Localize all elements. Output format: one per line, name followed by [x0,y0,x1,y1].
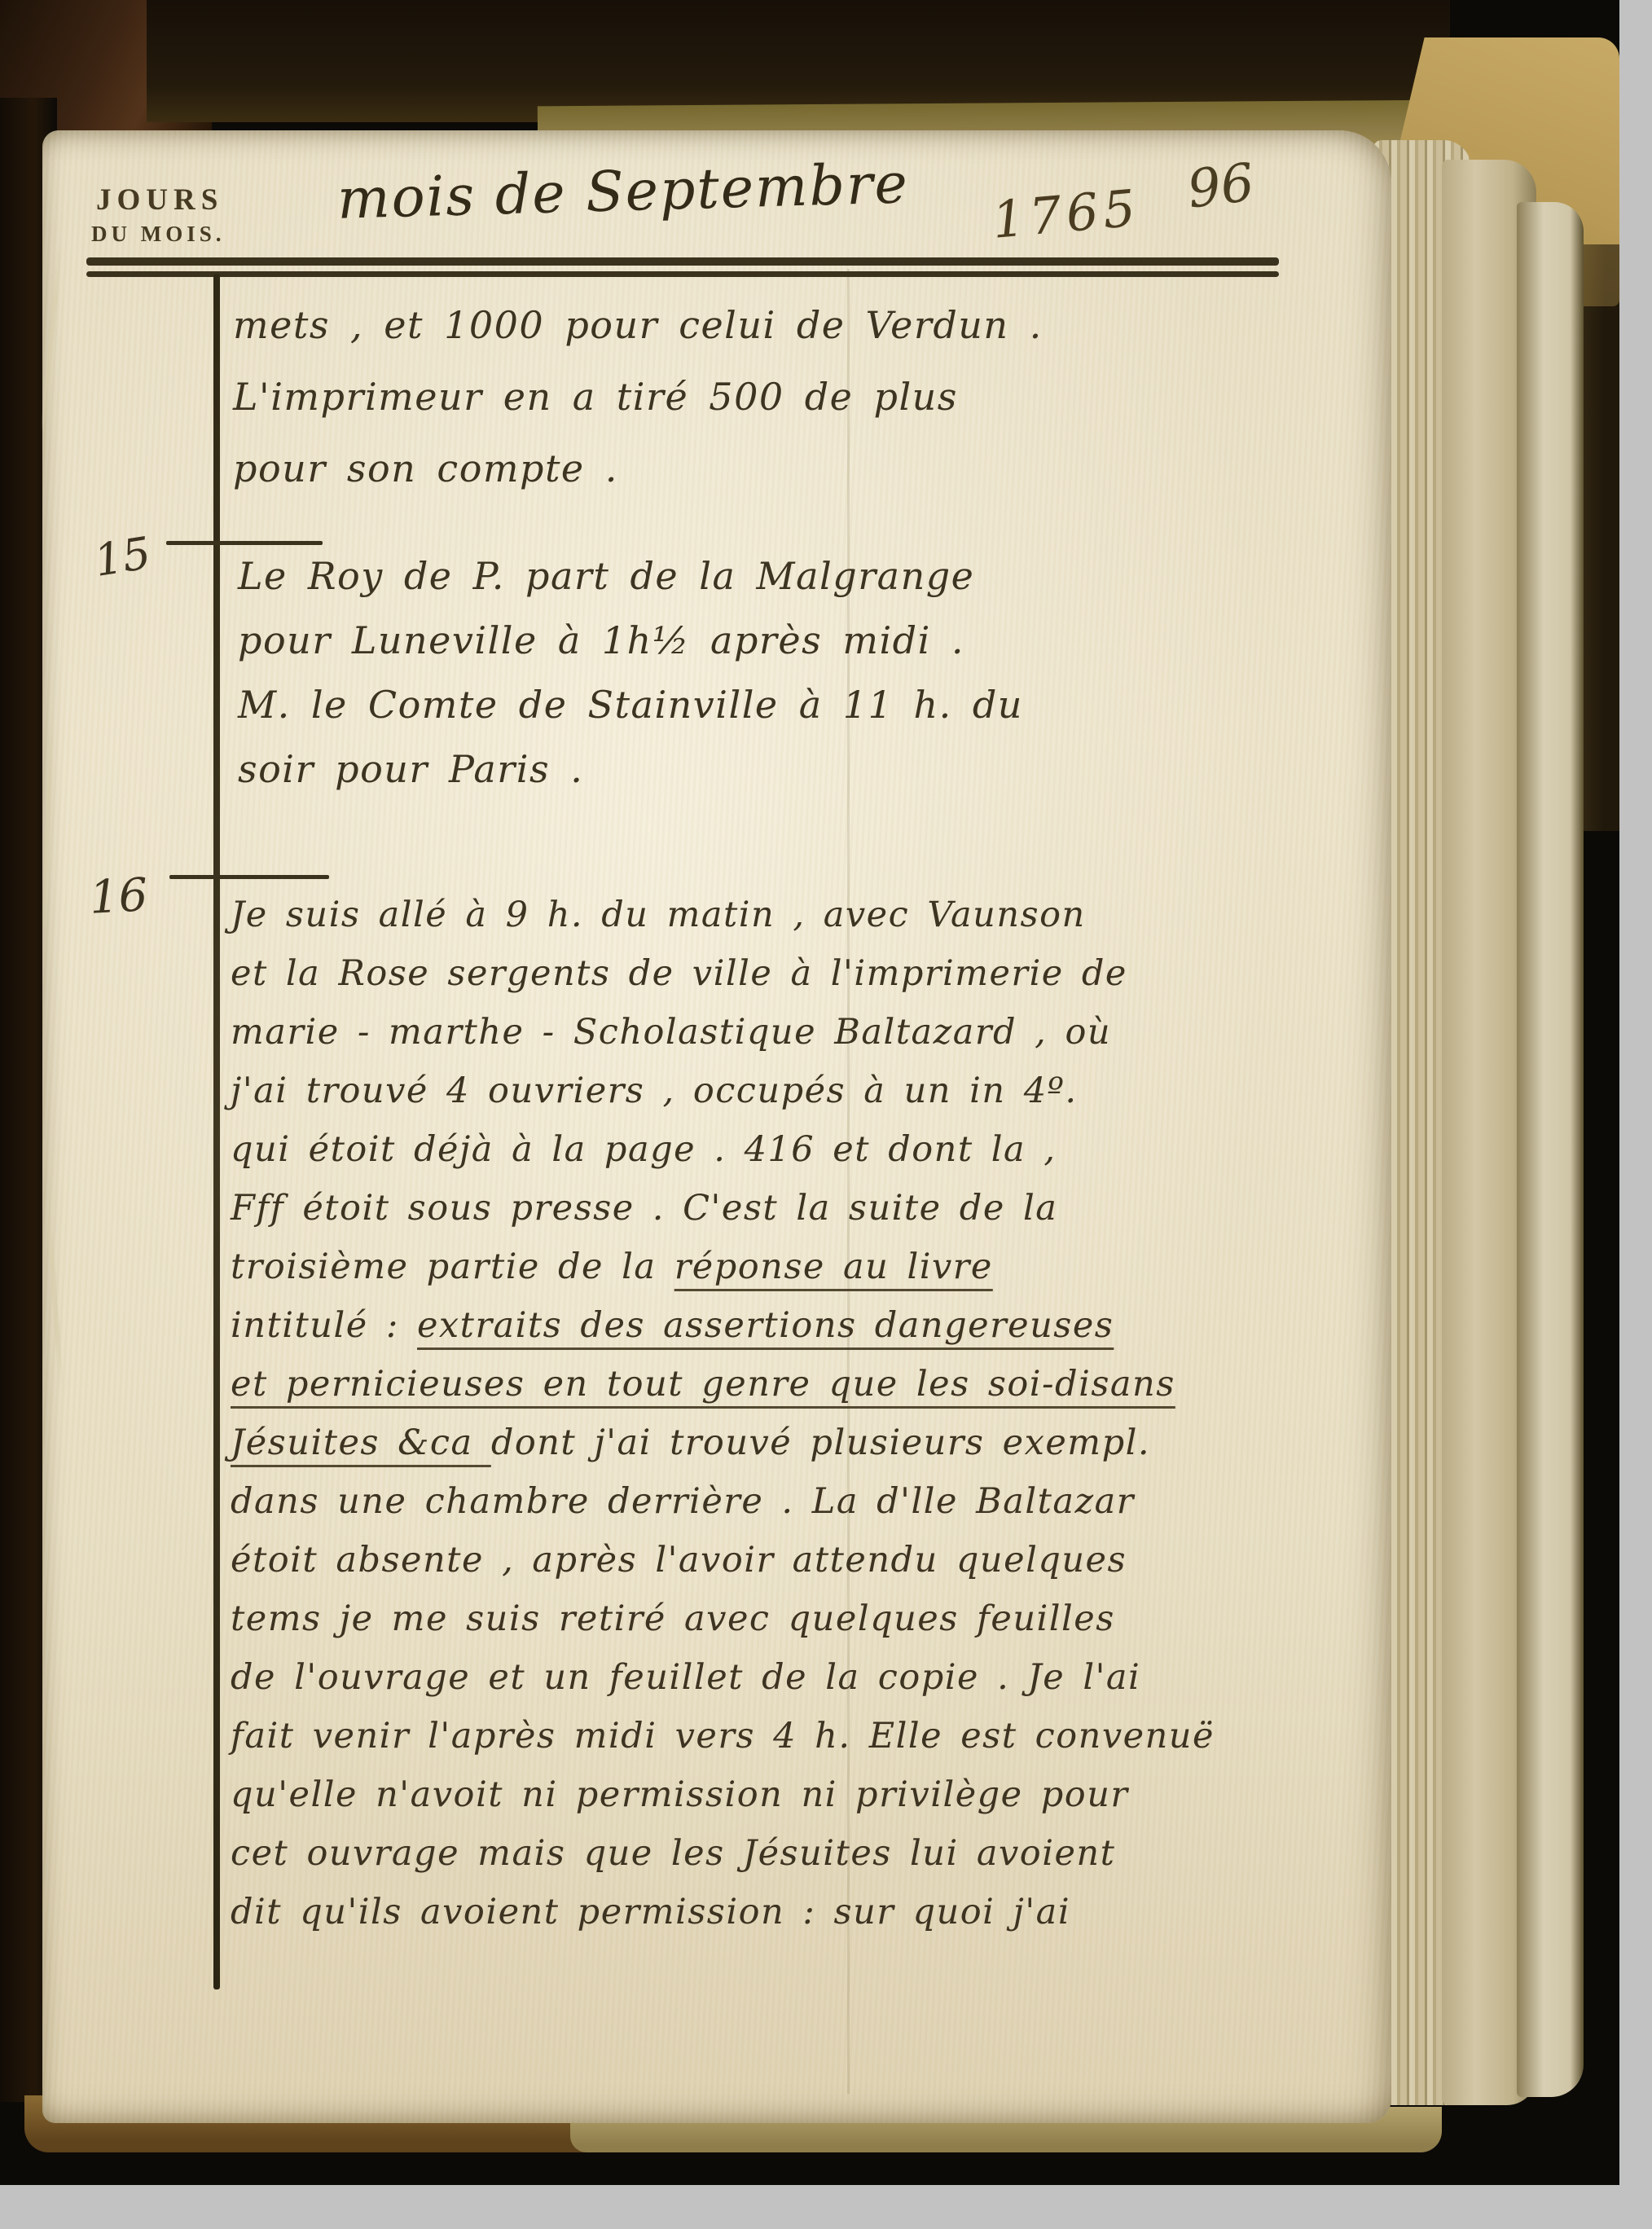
manuscript-line: j'ai trouvé 4 ouvriers , occupés à un in… [231,1071,1215,1129]
underlined-text: et pernicieuses en tout genre que les so… [231,1364,1175,1405]
handwritten-text: et la Rose sergents de ville à l'imprime… [231,953,1127,994]
manuscript-line: Le Roy de P. part de la Malgrange [238,554,1023,618]
page-edge-stack [1517,202,1584,2097]
manuscript-line: tems je me suis retiré avec quelques feu… [231,1598,1215,1657]
manuscript-line: pour son compte . [233,446,1043,518]
manuscript-line: Fff étoit sous presse . C'est la suite d… [231,1188,1215,1246]
handwritten-text: soir pour Paris . [238,747,583,791]
handwritten-text: pour Luneville à 1h½ après midi . [238,618,964,662]
header-rule-bottom [86,271,1279,277]
manuscript-line: dit qu'ils avoient permission : sur quoi… [231,1892,1215,1950]
handwritten-text: étoit absente , après l'avoir attendu qu… [231,1540,1127,1581]
manuscript-line: qu'elle n'avoit ni permission ni privilè… [231,1774,1215,1833]
manuscript-line: qui étoit déjà à la page . 416 et dont l… [231,1129,1215,1188]
day-number-16: 16 [88,868,149,925]
entry-day-16: Je suis allé à 9 h. du matin , avec Vaun… [231,895,1215,1950]
manuscript-line: de l'ouvrage et un feuillet de la copie … [231,1657,1215,1716]
scanner-mat-right [1619,0,1652,2229]
page-number: 96 [1184,152,1258,220]
handwritten-text: mets , et 1000 pour celui de Verdun . [233,303,1043,347]
header-rule-top [86,257,1279,266]
handwritten-text: tems je me suis retiré avec quelques feu… [231,1598,1115,1639]
handwritten-text: dit qu'ils avoient permission : sur quoi… [231,1892,1070,1932]
manuscript-line: marie - marthe - Scholastique Baltazard … [231,1012,1215,1071]
underlined-text: réponse au livre [674,1246,993,1287]
manuscript-line: et la Rose sergents de ville à l'imprime… [231,953,1215,1012]
handwritten-text: pour son compte . [233,446,618,490]
handwritten-text: Le Roy de P. part de la Malgrange [238,554,974,598]
day-column-header-line2: DU MOIS. [91,222,226,247]
manuscript-line: cet ouvrage mais que les Jésuites lui av… [231,1833,1215,1892]
manuscript-line: soir pour Paris . [238,747,1023,811]
scanner-mat-bottom [0,2185,1652,2229]
handwritten-text: qui étoit déjà à la page . 416 et dont l… [231,1129,1057,1170]
manuscript-line: M. le Comte de Stainville à 11 h. du [238,683,1023,747]
entry-separator-tick [169,875,329,879]
manuscript-line: troisième partie de la réponse au livre [231,1246,1215,1305]
manuscript-line: dans une chambre derrière . La d'lle Bal… [231,1481,1215,1540]
manuscript-line: Jésuites &ca dont j'ai trouvé plusieurs … [231,1422,1215,1481]
handwritten-text: qu'elle n'avoit ni permission ni privilè… [231,1774,1128,1815]
manuscript-line: intitulé : extraits des assertions dange… [231,1305,1215,1364]
day-column-header-line1: JOURS [96,182,223,218]
handwritten-text: troisième partie de la [231,1246,674,1287]
manuscript-line: et pernicieuses en tout genre que les so… [231,1364,1215,1422]
handwritten-text: cet ouvrage mais que les Jésuites lui av… [231,1833,1115,1874]
manuscript-line: Je suis allé à 9 h. du matin , avec Vaun… [231,895,1215,953]
day-number-15: 15 [90,527,154,587]
manuscript-line: mets , et 1000 pour celui de Verdun . [233,303,1043,375]
entry-separator-tick [166,541,323,545]
manuscript-journal-scan: JOURS DU MOIS. mois de Septembre 1765 96… [0,0,1652,2229]
manuscript-line: pour Luneville à 1h½ après midi . [238,618,1023,683]
handwritten-text: de l'ouvrage et un feuillet de la copie … [231,1657,1140,1698]
handwritten-text: M. le Comte de Stainville à 11 h. du [238,683,1023,727]
underlined-text: Jésuites &ca [231,1422,491,1463]
entry-continuation: mets , et 1000 pour celui de Verdun .L'i… [233,303,1043,518]
manuscript-line: fait venir l'après midi vers 4 h. Elle e… [231,1716,1215,1774]
manuscript-line: L'imprimeur en a tiré 500 de plus [233,375,1043,446]
handwritten-text: Fff étoit sous presse . C'est la suite d… [231,1188,1057,1229]
handwritten-text: dont j'ai trouvé plusieurs exempl. [491,1422,1150,1463]
handwritten-text: marie - marthe - Scholastique Baltazard … [231,1012,1111,1053]
day-column-rule [213,274,220,1989]
handwritten-text: intitulé : [231,1305,417,1346]
handwritten-text: L'imprimeur en a tiré 500 de plus [233,375,958,419]
entry-day-15: Le Roy de P. part de la Malgrangepour Lu… [238,554,1023,811]
handwritten-text: j'ai trouvé 4 ouvriers , occupés à un in… [231,1071,1078,1111]
handwritten-text: fait venir l'après midi vers 4 h. Elle e… [231,1716,1215,1756]
handwritten-text: Je suis allé à 9 h. du matin , avec Vaun… [231,895,1086,935]
manuscript-line: étoit absente , après l'avoir attendu qu… [231,1540,1215,1598]
handwritten-text: dans une chambre derrière . La d'lle Bal… [231,1481,1135,1522]
underlined-text: extraits des assertions dangereuses [417,1305,1114,1346]
